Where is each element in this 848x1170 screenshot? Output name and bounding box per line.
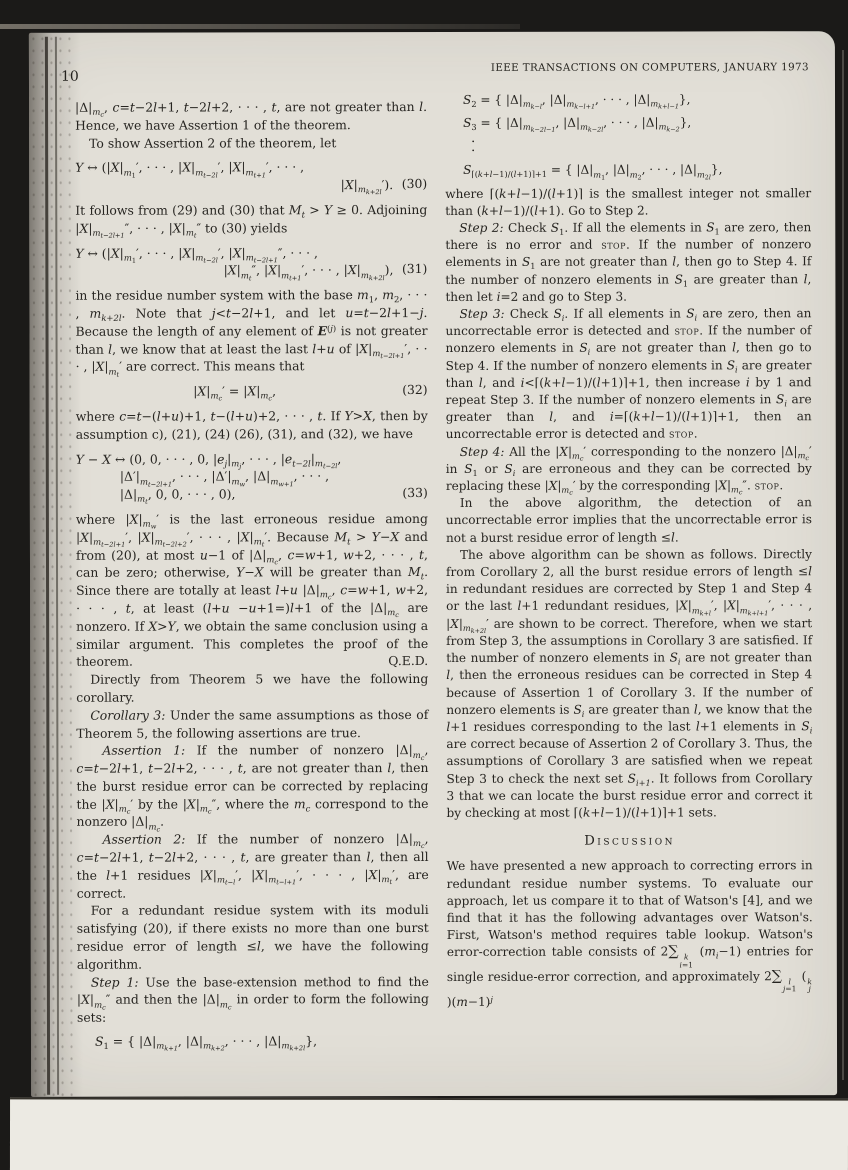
- set-s-last: S⌈(k+l−1)/(l+1)⌉+1 = { |Δ|m1, |Δ|m2, · ·…: [463, 162, 811, 180]
- scanned-page-background: 10 IEEE TRANSACTIONS ON COMPUTERS, JANUA…: [0, 0, 848, 1170]
- equation-number: (31): [402, 260, 427, 278]
- paragraph-step-2: Step 2: Check S1. If all the elements in…: [445, 219, 811, 306]
- set-s2: S2 = { |Δ|mk−l, |Δ|mk−l+1, · · · , |Δ|mk…: [463, 91, 811, 109]
- paragraph-corollary-3: Corollary 3: Under the same assumptions …: [76, 706, 428, 742]
- equation-number: (33): [402, 484, 427, 502]
- underlying-page-edge: [10, 1097, 848, 1170]
- equation-line: |X|mk+2l′).: [75, 176, 393, 194]
- set-s3: S3 = { |Δ|mk−2l−1, |Δ|mk−2l, · · · , |Δ|…: [463, 114, 811, 132]
- left-column: |Δ|mc, c=t−2l+1, t−2l+2, · · · , t, are …: [75, 98, 429, 1057]
- paragraph-algorithm-intro: For a redundant residue system with its …: [77, 901, 429, 973]
- paragraph-where-ceiling: where ⌈(k+l−1)/(l+1)⌉ is the smallest in…: [445, 185, 811, 220]
- equation-line: Y ↔ (|X|m1′, · · · , |X|mt−2l′, |X|mt−2l…: [75, 244, 393, 262]
- equation-33: Y − X ↔ (0, 0, · · · , 0, |ej|mj, · · · …: [76, 450, 428, 504]
- page-stack-edge: [842, 50, 844, 1080]
- scan-scuff-mark: [0, 24, 520, 29]
- paragraph-proof-end: where |X|mw′ is the last erroneous resid…: [76, 510, 428, 671]
- equation-line: |X|mc′ = |X|mc,: [76, 382, 394, 400]
- paragraph-assertion-1: Assertion 1: If the number of nonzero |Δ…: [76, 741, 428, 831]
- journal-page: 10 IEEE TRANSACTIONS ON COMPUTERS, JANUA…: [29, 31, 837, 1097]
- journal-running-head: IEEE TRANSACTIONS ON COMPUTERS, JANUARY …: [491, 61, 809, 74]
- right-column: S2 = { |Δ|mk−l, |Δ|mk−l+1, · · · , |Δ|mk…: [445, 85, 813, 1011]
- equation-line: Y ↔ (|X|m1′, · · · , |X|mt−2l′, |X|mt+1′…: [75, 158, 393, 176]
- section-heading-discussion: Discussion: [447, 832, 813, 850]
- equation-line: Y − X ↔ (0, 0, · · · , 0, |ej|mj, · · · …: [76, 450, 394, 468]
- vertical-ellipsis: ··: [471, 138, 811, 157]
- page-number: 10: [61, 69, 79, 85]
- paragraph-corollary-lead: Directly from Theorem 5 we have the foll…: [76, 670, 428, 706]
- paragraph-step-1: Step 1: Use the base-extension method to…: [77, 973, 429, 1027]
- equation-line: |Δ′|mt−2l+1, · · · , |Δ′|mw, |Δ|mw+1, · …: [120, 467, 394, 485]
- paragraph-where-c: where c=t−(l+u)+1, t−(l+u)+2, · · · , t.…: [76, 407, 428, 443]
- page-edge-lines: [45, 37, 59, 1095]
- paragraph-proof-continuation: |Δ|mc, c=t−2l+1, t−2l+2, · · · , t, are …: [75, 98, 427, 134]
- paragraph-step-3: Step 3: Check Si. If all elements in Si …: [445, 305, 811, 443]
- paragraph-assertion2-lead: To show Assertion 2 of the theorem, let: [75, 134, 427, 153]
- equation-number: (30): [402, 175, 427, 193]
- equation-line: |Δ|mt, 0, 0, · · · , 0),: [120, 485, 394, 503]
- equation-31: Y ↔ (|X|m1′, · · · , |X|mt−2l′, |X|mt−2l…: [75, 244, 427, 280]
- paragraph-step-4: Step 4: All the |X|mc′ corresponding to …: [446, 443, 812, 495]
- equation-number: (32): [402, 381, 427, 399]
- equation-32: |X|mc′ = |X|mc, (32): [76, 382, 428, 401]
- paragraph-uncorrectable: In the above algorithm, the detection of…: [446, 494, 812, 546]
- paragraph-discussion: We have presented a new approach to corr…: [447, 858, 813, 1011]
- set-s1: S1 = { |Δ|mk+1, |Δ|mk+2, · · · , |Δ|mk+2…: [95, 1032, 429, 1050]
- paragraph-assertion-2: Assertion 2: If the number of nonzero |Δ…: [77, 830, 429, 902]
- paragraph-adjoining: It follows from (29) and (30) that Mt > …: [75, 201, 427, 237]
- paragraph-residue-system: in the residue number system with the ba…: [75, 286, 427, 376]
- paragraph-algorithm-proof: The above algorithm can be shown as foll…: [446, 546, 813, 822]
- equation-30: Y ↔ (|X|m1′, · · · , |X|mt−2l′, |X|mt+1′…: [75, 158, 427, 194]
- equation-line: |X|mt″, |X|mt+1′, · · · , |X|mk+2l),: [75, 261, 393, 279]
